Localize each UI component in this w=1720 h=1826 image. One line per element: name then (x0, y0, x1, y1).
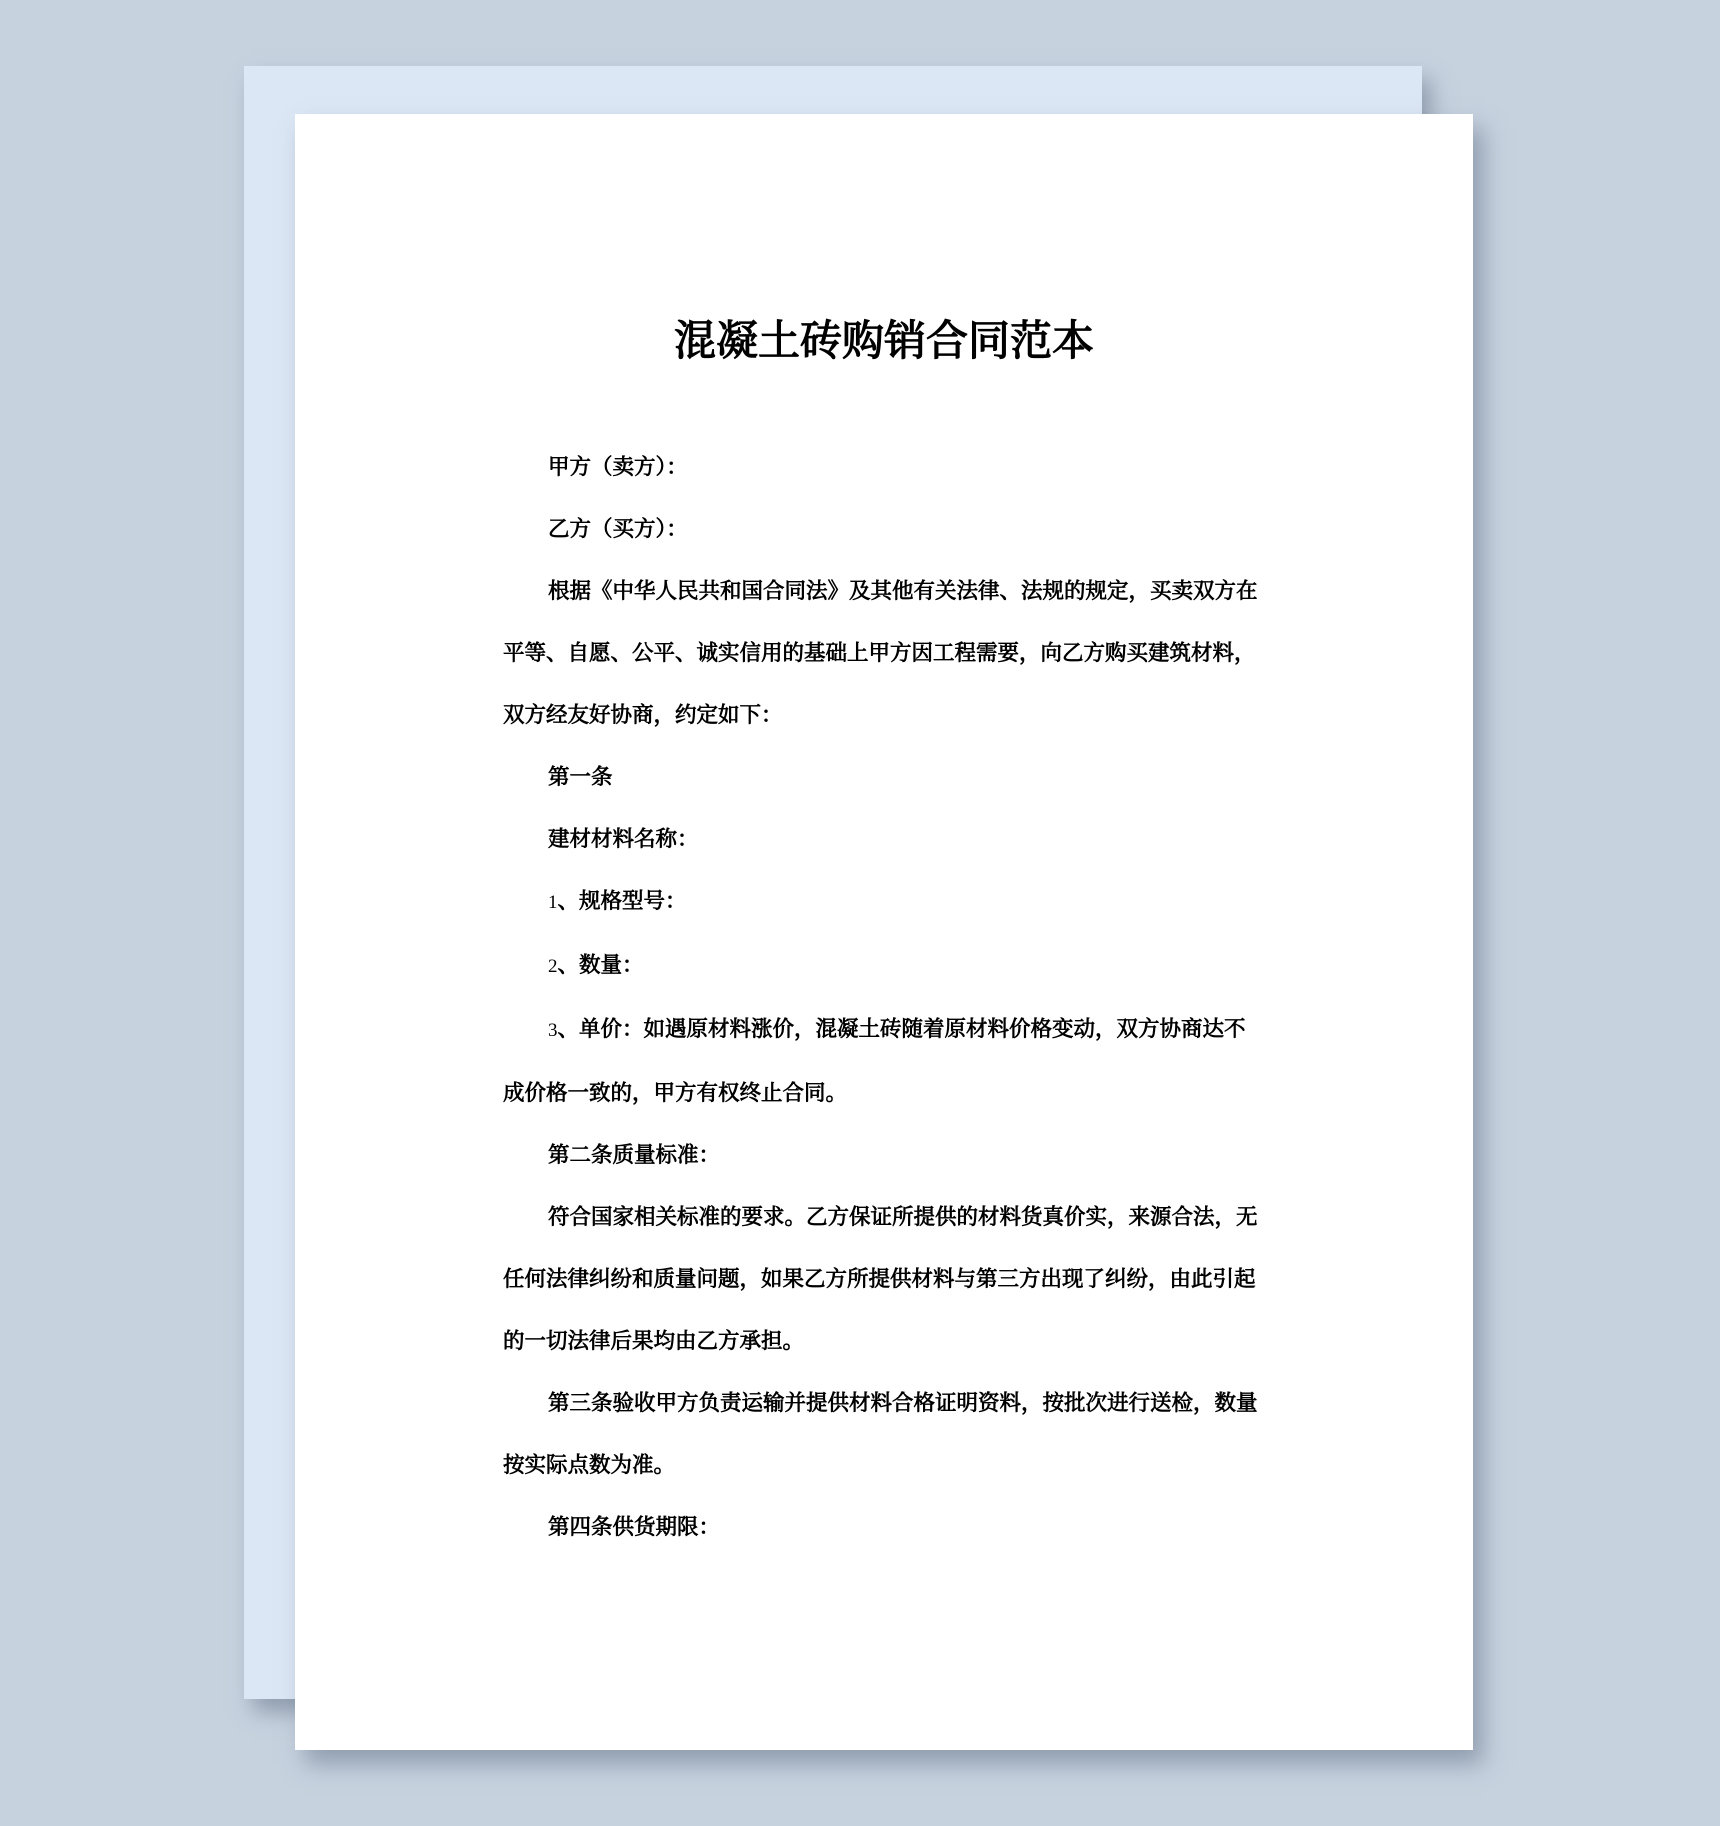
paragraph-quality-terms: 符合国家相关标准的要求。乙方保证所提供的材料货真价实，来源合法，无任何法律纠纷和… (503, 1186, 1265, 1372)
paragraph-party-a: 甲方（卖方）： (503, 436, 1265, 498)
heading-article-2-quality: 第二条质量标准： (503, 1124, 1265, 1186)
desktop-background: { "document": { "title": "混凝土砖购销合同范本", "… (0, 0, 1720, 1826)
paragraph-preamble: 根据《中华人民共和国合同法》及其他有关法律、法规的规定，买卖双方在平等、自愿、公… (503, 560, 1265, 746)
item-number-marker: 2 (548, 956, 558, 977)
item-text: 、数量： (558, 953, 644, 977)
contract-page: 混凝土砖购销合同范本 甲方（卖方）： 乙方（买方）： 根据《中华人民共和国合同法… (295, 114, 1473, 1750)
heading-article-4-supply-period: 第四条供货期限： (503, 1496, 1265, 1558)
item-number-marker: 1 (548, 892, 558, 913)
document-title: 混凝土砖购销合同范本 (295, 312, 1473, 370)
item-text: 、规格型号： (558, 889, 687, 913)
heading-material-name: 建材材料名称： (503, 808, 1265, 870)
item-quantity: 2、数量： (503, 934, 1265, 998)
paragraph-party-b: 乙方（买方）： (503, 498, 1265, 560)
item-number-marker: 3 (548, 1020, 558, 1041)
paragraph-article-3-acceptance: 第三条验收甲方负责运输并提供材料合格证明资料，按批次进行送检，数量按实际点数为准… (503, 1372, 1265, 1496)
document-body: 甲方（卖方）： 乙方（买方）： 根据《中华人民共和国合同法》及其他有关法律、法规… (503, 436, 1265, 1558)
heading-article-1: 第一条 (503, 746, 1265, 808)
item-spec-model: 1、规格型号： (503, 870, 1265, 934)
item-unit-price: 3、单价：如遇原材料涨价，混凝土砖随着原材料价格变动，双方协商达不成价格一致的，… (503, 998, 1265, 1124)
item-text: 、单价：如遇原材料涨价，混凝土砖随着原材料价格变动，双方协商达不成价格一致的，甲… (503, 1017, 1246, 1105)
